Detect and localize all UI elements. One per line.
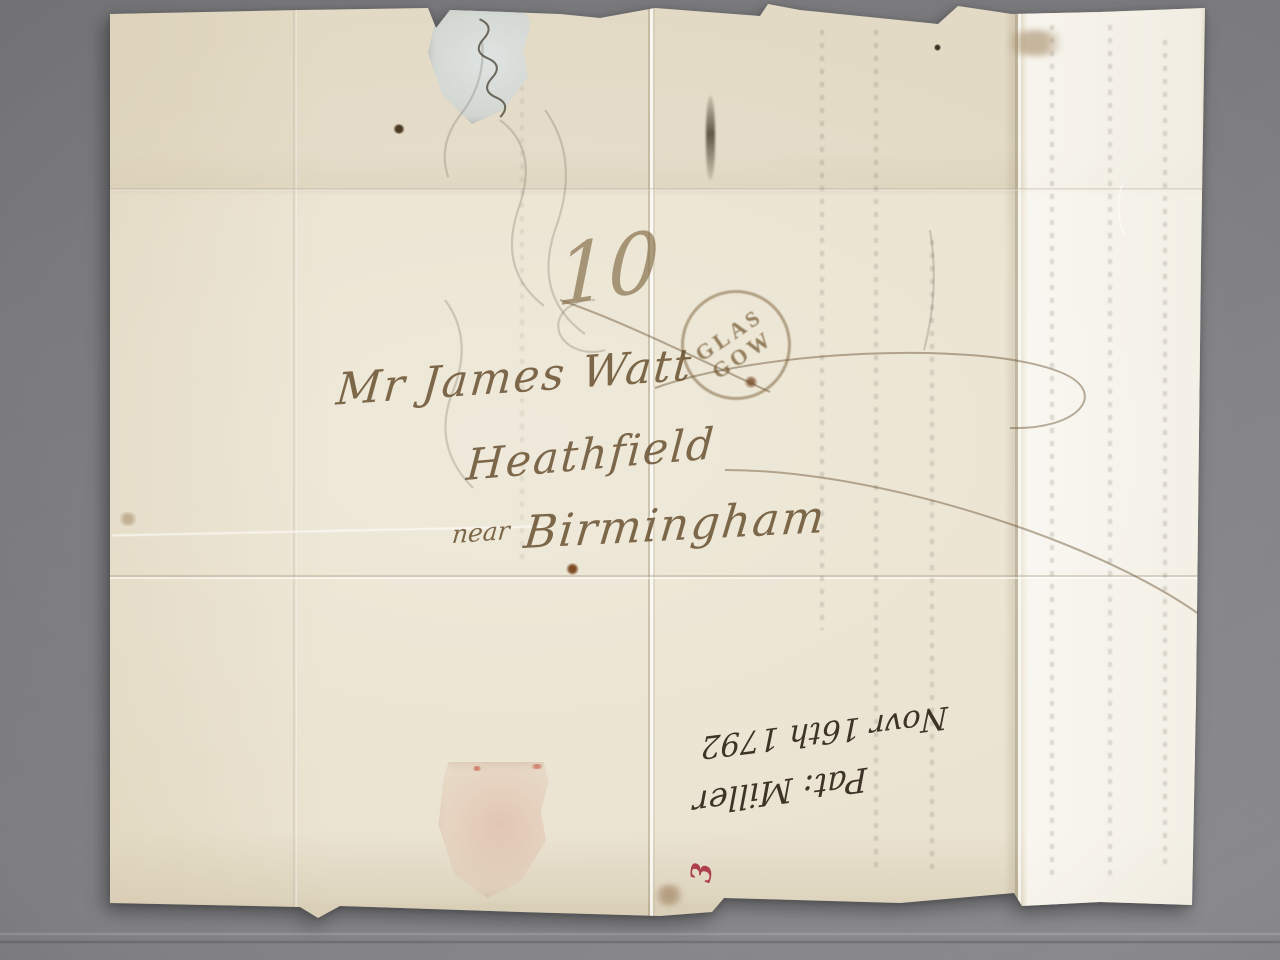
letter-sheet: 10 GLAS GOW Mr James Watt Heathfield nea… bbox=[0, 0, 1280, 960]
foxing-spot bbox=[566, 563, 579, 575]
fold-line-horizontal-middle bbox=[108, 575, 1204, 579]
ink-blot bbox=[393, 124, 405, 134]
ink-showthrough-column bbox=[1050, 25, 1054, 875]
docket-date: Novr 16th 1792 bbox=[701, 699, 948, 766]
smudge bbox=[652, 884, 686, 906]
postal-rate-mark: 10 bbox=[556, 213, 661, 326]
docket-sender-name: Pat: Miller bbox=[693, 760, 867, 824]
ghost-handwriting-strokes bbox=[0, 0, 1280, 960]
letter-sheet-shadow: 10 GLAS GOW Mr James Watt Heathfield nea… bbox=[0, 0, 1280, 960]
address-recipient: Mr James Watt bbox=[334, 339, 695, 415]
speck bbox=[934, 44, 941, 51]
ink-showthrough-column bbox=[1108, 25, 1112, 875]
ink-showthrough-column bbox=[874, 30, 878, 870]
ink-smear bbox=[706, 96, 715, 180]
red-numeral: 3 bbox=[684, 861, 719, 885]
address-near: near bbox=[451, 516, 511, 549]
address-city: Birmingham bbox=[521, 490, 829, 559]
photograph-of-letter: 10 GLAS GOW Mr James Watt Heathfield nea… bbox=[0, 0, 1280, 960]
fold-line-horizontal-top bbox=[110, 188, 1202, 191]
ink-showthrough-column bbox=[1163, 40, 1167, 870]
ink-showthrough-column bbox=[930, 240, 934, 870]
foxing-spot bbox=[118, 512, 138, 526]
address-house: Heathfield bbox=[465, 419, 718, 491]
wax-seal-residue bbox=[436, 762, 564, 898]
torn-seal-patch bbox=[428, 6, 550, 124]
fold-line-vertical-left bbox=[293, 0, 297, 960]
fold-line-vertical-flap bbox=[1015, 0, 1021, 960]
fold-line-vertical-center bbox=[648, 0, 655, 960]
edge-stain bbox=[1000, 30, 1070, 56]
